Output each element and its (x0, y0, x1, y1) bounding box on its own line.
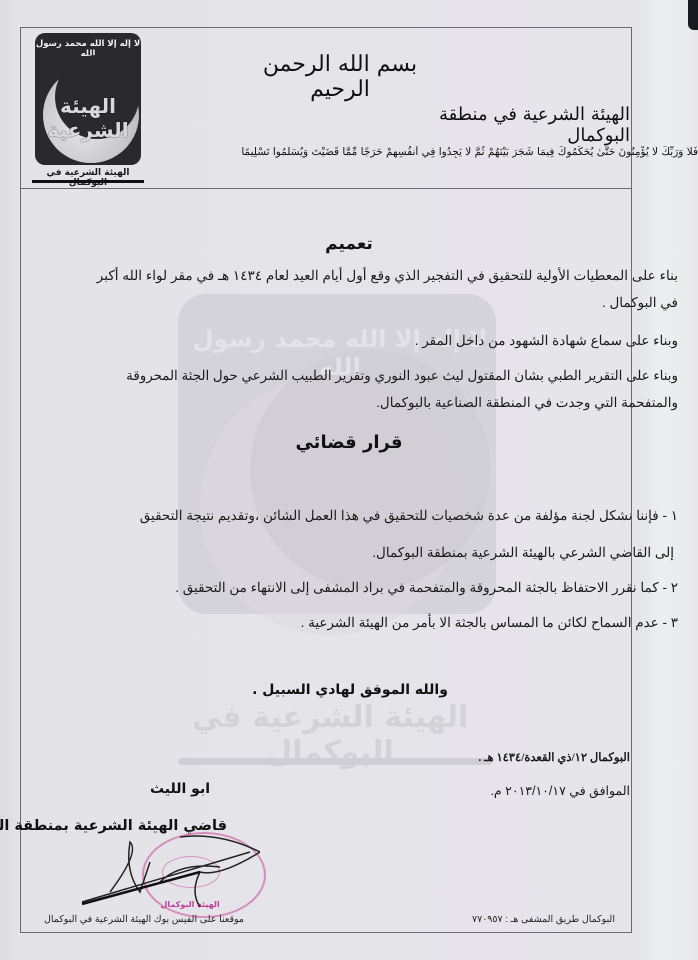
circular-para-3-line-2: والمتفحمة التي وجدت في المنطقة الصناعية … (26, 395, 678, 411)
quran-verse: فَلَا وَرَبِّكَ لَا يُؤْمِنُونَ حَتَّىٰ … (144, 146, 698, 158)
decision-item-2: ٢ - كما نقرر الاحتفاظ بالجثة المحروقة وا… (26, 580, 678, 596)
logo-underline (32, 180, 144, 183)
decision-item-1-line-1: ١ - فإننا نشكل لجنة مؤلفة من عدة شخصيات … (26, 508, 678, 524)
closing-phrase: والله الموفق لهادي السبيل . (200, 682, 500, 698)
header-divider (20, 188, 632, 189)
circular-para-3-line-1: وبناء على التقرير الطبي بشان المقتول ليث… (26, 368, 678, 384)
logo-caption: الهيئة الشرعية في البوكمال (32, 168, 144, 188)
circular-para-2: وبناء على سماع شهادة الشهود من داخل المق… (26, 333, 678, 349)
circular-para-1-line-1: بناء على المعطيات الأولية للتحقيق في الت… (26, 268, 678, 284)
signatory-name: ابو الليث (100, 781, 210, 797)
circular-title: تعميم (249, 234, 449, 254)
scan-corner-shadow (688, 0, 698, 30)
footer-facebook-note: موقعنا على الفيس بوك الهيئة الشرعية في ا… (44, 914, 244, 925)
logo-word-1: الهيئة (35, 95, 141, 117)
decision-item-1-line-2: إلى القاضي الشرعي بالهيئة الشرعية بمنطقة… (26, 545, 674, 561)
decision-title: قرار قضائي (249, 432, 449, 453)
footer-address-phone: البوكمال طريق المشفى هـ : ٧٧٠٩٥٧ (472, 914, 615, 925)
org-title: الهيئة الشرعية في منطقة البوكمال (380, 104, 630, 146)
decision-item-3: ٣ - عدم السماح لكائن ما المساس بالجثة ال… (26, 615, 678, 631)
gregorian-date: الموافق في ٢٠١٣/١٠/١٧ م. (300, 783, 630, 798)
hijri-date: البوكمال ١٢/ذي القعدة/١٤٣٤ هـ . (300, 750, 630, 764)
org-logo: لا إله إلا الله محمد رسول الله الهيئة ال… (35, 33, 141, 165)
logo-word-2: الشرعية (35, 119, 141, 141)
basmala: بسم الله الرحمن الرحيم (230, 52, 450, 102)
handwritten-signature (80, 832, 260, 912)
circular-para-1-line-2: في البوكمال . (26, 295, 678, 311)
